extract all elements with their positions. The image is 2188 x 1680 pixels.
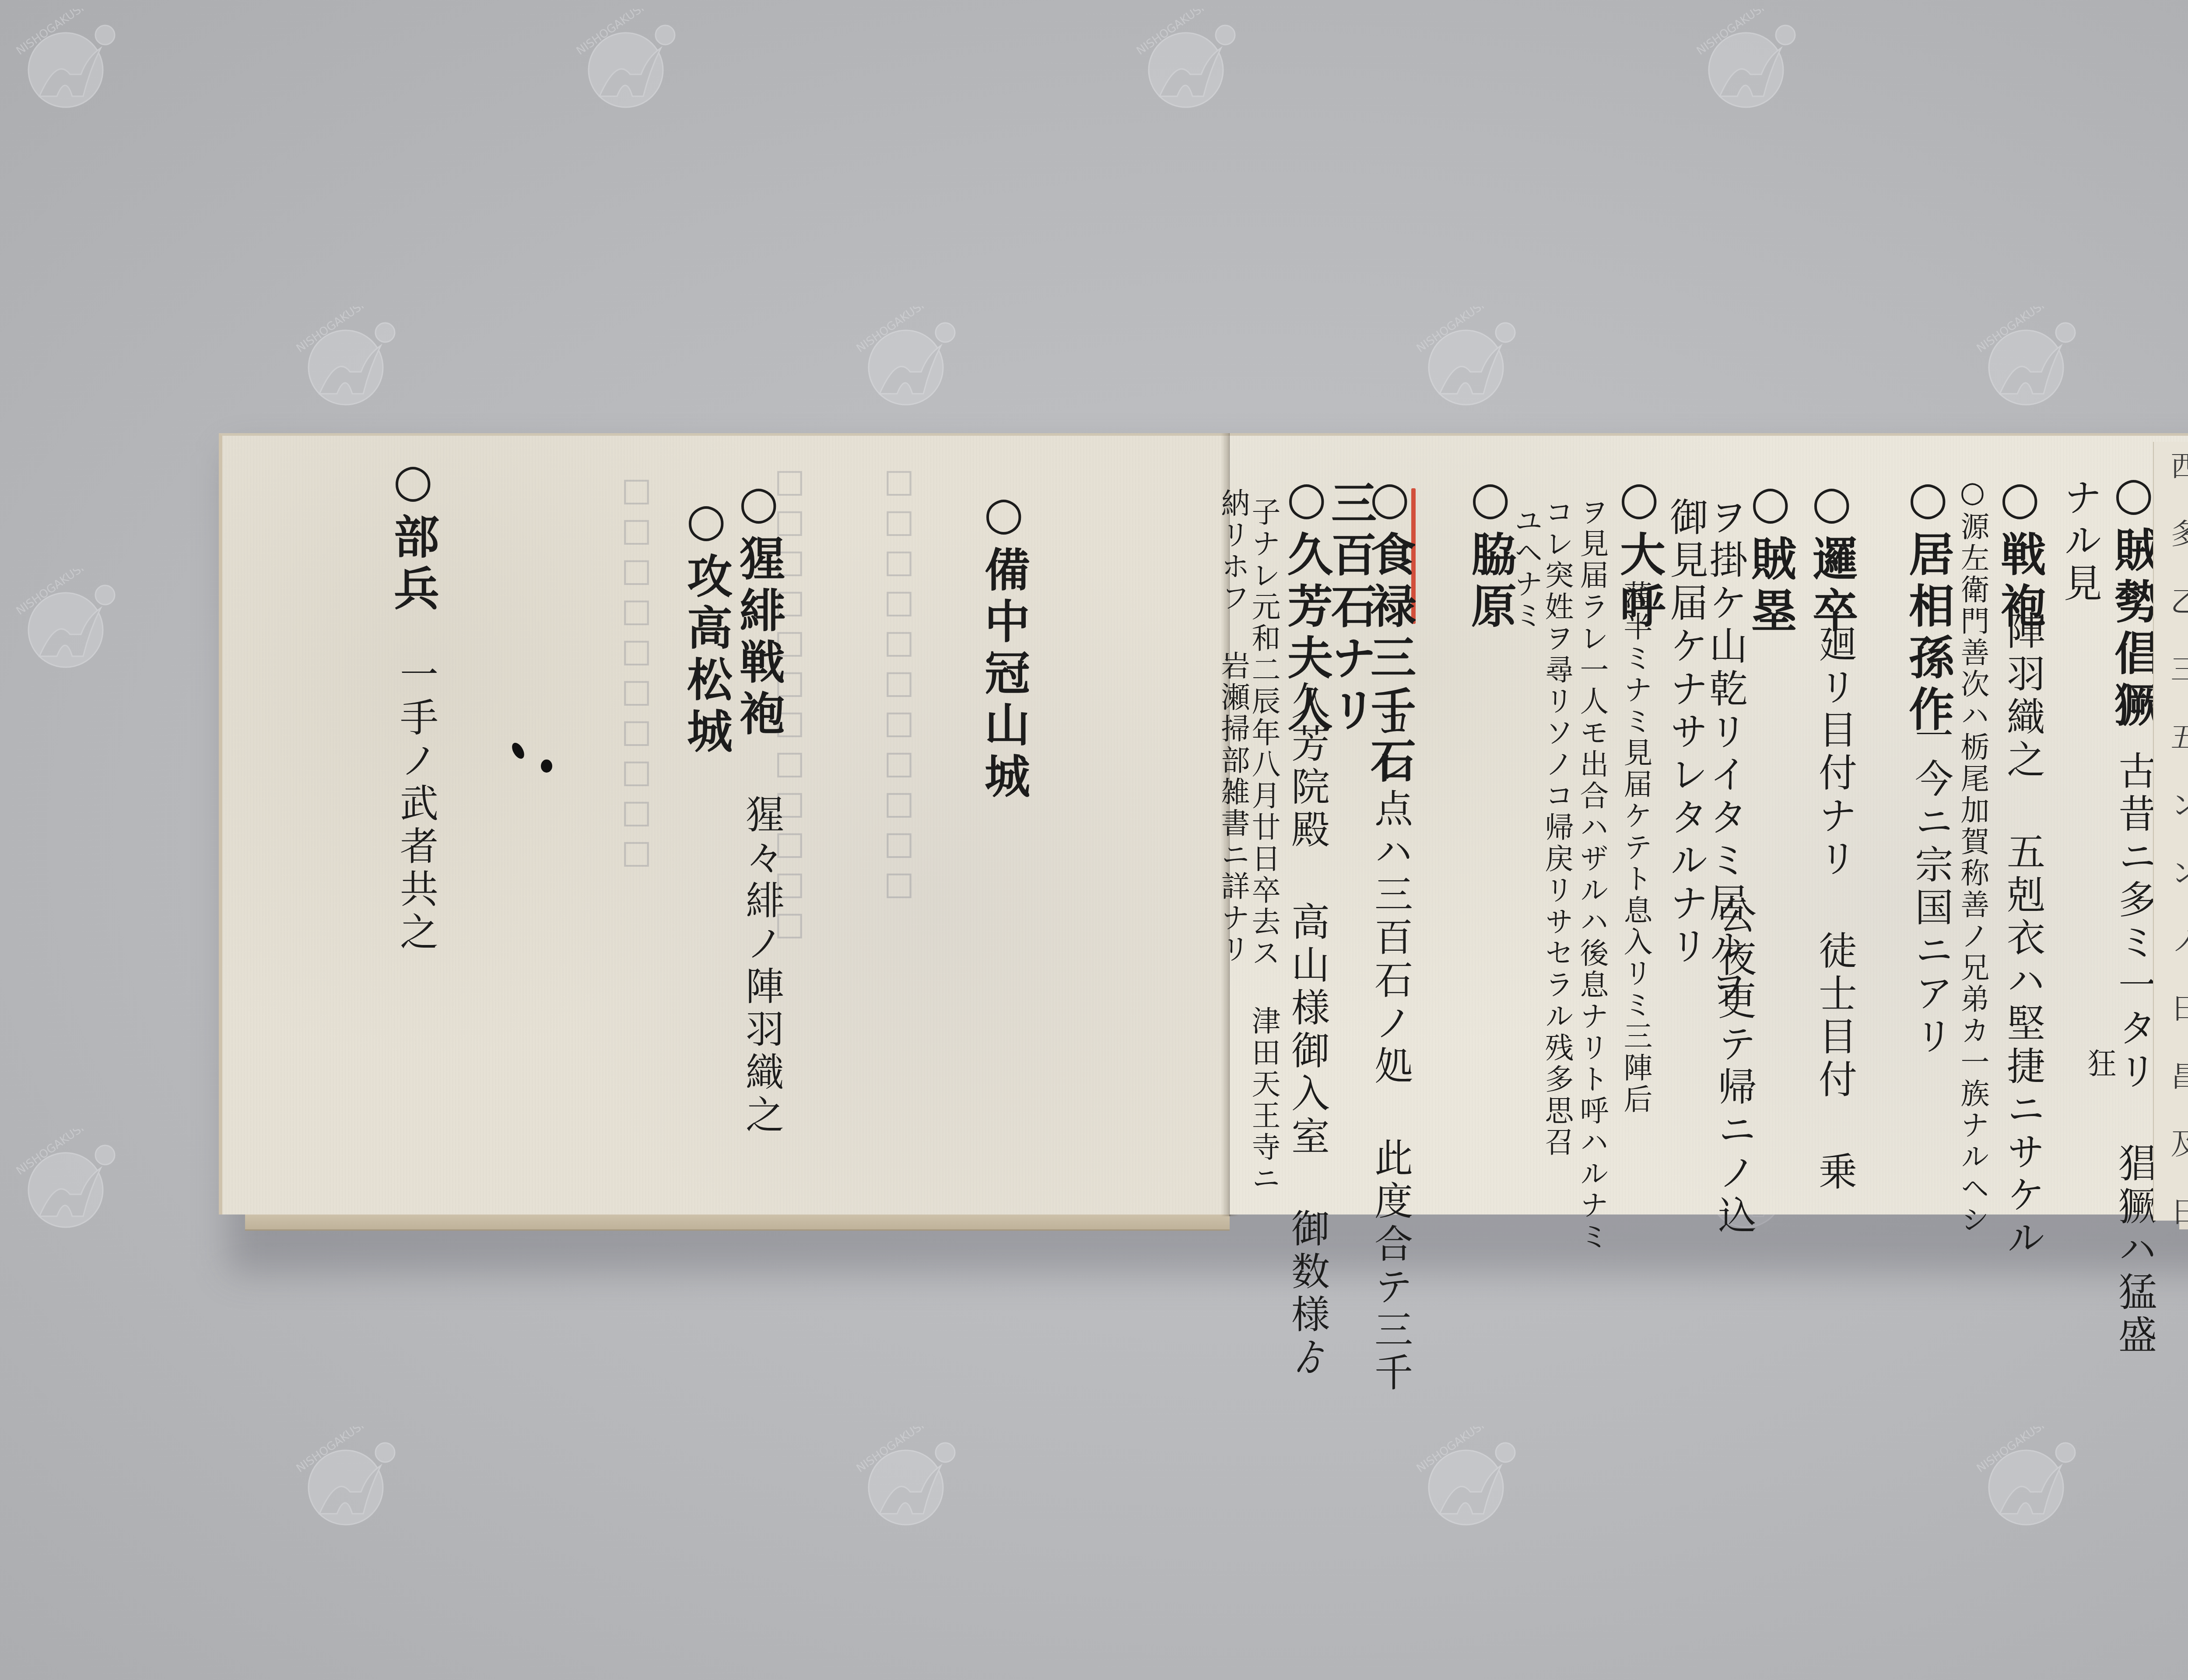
entry-seme-takamatsu: ○攻高松城 (673, 493, 739, 759)
nishogakusha-logo-icon: NISHOGAKUSHA (9, 9, 123, 109)
nishogakusha-logo-icon: NISHOGAKUSHA (289, 1426, 403, 1527)
entry-taiko-note: 蒲半ミナミ見届ケテト息入リミ三陣后 (1615, 580, 1656, 1116)
left-page: □□□□□□□□□□□□ □□□□□□□□□□□ □□□□□□□□□□ ○備中冠… (219, 433, 1233, 1214)
nishogakusha-logo-icon: NISHOGAKUSHA (1969, 1426, 2083, 1527)
nishogakusha-logo-icon: NISHOGAKUSHA (289, 306, 403, 407)
entry-kuba-line3: 納リホフ 岩瀬掃部雑書ニ詳ナリ (1212, 488, 1254, 966)
entry-buhei-note: 一手ノ武者共之 (389, 654, 444, 955)
right-page: ○賊勢倡獗 古昔ニ多ミ一タリ 猖獗ハ猛盛 狂 ナル見 ○戦袍 陣羽織之 五剋衣ハ… (1230, 433, 2188, 1214)
ink-mark (509, 741, 526, 761)
entry-bitchu-kanmuriyama: ○備中冠山城 (971, 486, 1036, 804)
nishogakusha-logo-icon: NISHOGAKUSHA (9, 569, 123, 669)
nishogakusha-logo-icon: NISHOGAKUSHA (849, 1426, 963, 1527)
bleed-through-text: □□□□□□□□□□ (616, 471, 657, 1127)
nishogakusha-logo-icon: NISHOGAKUSHA (9, 1129, 123, 1229)
entry-senpo: ○戦袍 (1987, 471, 2052, 634)
entry-zokusei-sub: ナル見 (2052, 477, 2107, 606)
turned-leaf: 西 多 乙 三 五 ン ン ノ 日 昌 及 日 (2153, 442, 2188, 1221)
bleed-through-text: □□□□□□□□□□□ (879, 462, 919, 1118)
entry-iai-magosaku: ○居相孫作 (1895, 471, 1960, 737)
entry-kuba-note: 久芳院殿 高山様御入室 御数様ゟ (1280, 681, 1335, 1380)
nishogakusha-logo-icon: NISHOGAKUSHA (1129, 9, 1243, 109)
nishogakusha-logo-icon: NISHOGAKUSHA (1689, 9, 1803, 109)
open-book: □□□□□□□□□□□□ □□□□□□□□□□□ □□□□□□□□□□ ○備中冠… (219, 433, 2188, 1238)
entry-iai-note: 一今ニ宗国ニアリ (1904, 716, 1959, 1059)
entry-rasotsu-note: 廻リ目付ナリ 徒士目付 乗 (1807, 624, 1862, 1194)
entry-wakihara: ○脇原 (1457, 471, 1523, 634)
nishogakusha-logo-icon: NISHOGAKUSHA (1409, 1426, 1523, 1527)
entry-shokuroku-note: コレ点ハ三百石ノ処 此度合テ三千 (1363, 703, 1418, 1395)
entry-senpo-note: 陣羽織之 五剋衣ハ堅捷ニサケル (1995, 611, 2051, 1260)
nishogakusha-logo-icon: NISHOGAKUSHA (1969, 306, 2083, 407)
entry-rasotsu: ○邏卒 (1799, 475, 1864, 638)
ink-mark (541, 759, 552, 773)
entry-zokusei-note-small: 狂 (2079, 1048, 2120, 1080)
entry-shohi-senpo-note: 猩々緋ノ陣羽織之 (734, 794, 789, 1137)
entry-zokurui-line2-note: 公夜更テ帰ニノ込 (1707, 895, 1762, 1238)
entry-buhei: ○部兵 (380, 453, 445, 616)
fore-edge-text: 西 多 乙 三 五 ン ン ノ 日 昌 及 日 (2162, 451, 2188, 1228)
nishogakusha-logo-icon: NISHOGAKUSHA (849, 306, 963, 407)
nishogakusha-logo-icon: NISHOGAKUSHA (1409, 306, 1523, 407)
nishogakusha-logo-icon: NISHOGAKUSHA (569, 9, 683, 109)
